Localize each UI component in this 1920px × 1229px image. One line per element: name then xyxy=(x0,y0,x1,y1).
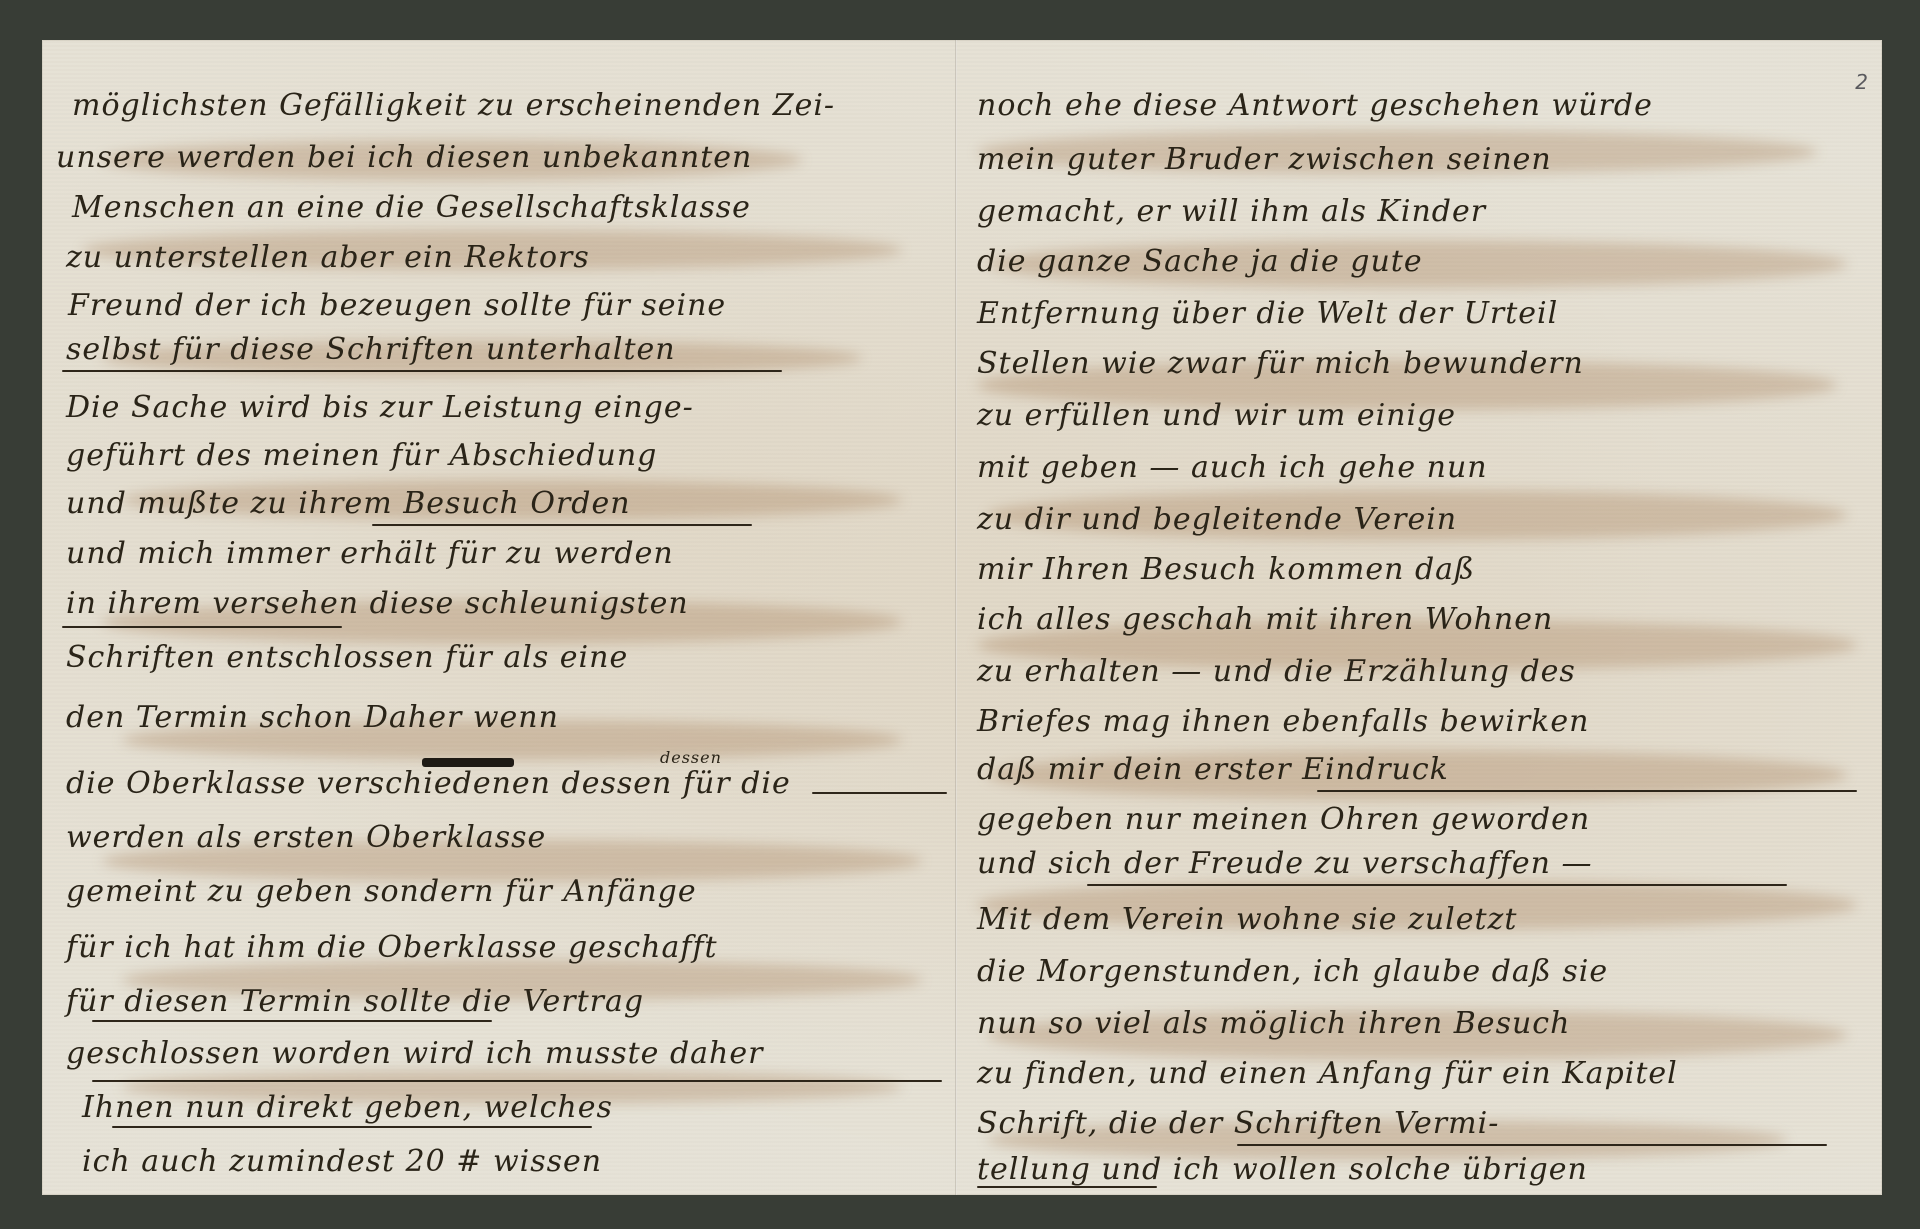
manuscript-line: zu erhalten — und die Erzählung des xyxy=(977,654,1576,689)
manuscript-line: in ihrem versehen diese schleunigsten xyxy=(66,586,689,621)
manuscript-line: Mit dem Verein wohne sie zuletzt xyxy=(977,902,1517,937)
manuscript-line: geschlossen worden wird ich musste daher xyxy=(66,1036,763,1071)
manuscript-line: zu finden, und einen Anfang für ein Kapi… xyxy=(977,1056,1678,1091)
strikethrough-mark xyxy=(812,792,947,794)
underline xyxy=(1237,1144,1827,1146)
manuscript-line: geführt des meinen für Abschiedung xyxy=(66,438,657,473)
manuscript-line: Die Sache wird bis zur Leistung einge- xyxy=(66,390,694,425)
manuscript-line: die Oberklasse verschiedenen dessen für … xyxy=(66,766,791,801)
manuscript-line: und mich immer erhält für zu werden xyxy=(66,536,674,571)
manuscript-line: zu unterstellen aber ein Rektors xyxy=(66,240,590,275)
manuscript-line: gemeint zu geben sondern für Anfänge xyxy=(66,874,697,909)
underline xyxy=(112,1126,592,1128)
manuscript-line: mein guter Bruder zwischen seinen xyxy=(977,142,1552,177)
manuscript-line: nun so viel als möglich ihren Besuch xyxy=(977,1006,1570,1041)
manuscript-line: die Morgenstunden, ich glaube daß sie xyxy=(977,954,1608,989)
manuscript-line: Ihnen nun direkt geben, welches xyxy=(82,1090,613,1125)
manuscript-line: für diesen Termin sollte die Vertrag xyxy=(66,984,644,1019)
manuscript-line: mir Ihren Besuch kommen daß xyxy=(977,552,1475,587)
manuscript-line: gemacht, er will ihm als Kinder xyxy=(977,194,1486,229)
manuscript-line: selbst für diese Schriften unterhalten xyxy=(66,332,676,367)
section-divider xyxy=(62,370,782,372)
underline xyxy=(372,524,752,526)
right-page: noch ehe diese Antwort geschehen würde m… xyxy=(957,40,1882,1195)
manuscript-line: Briefes mag ihnen ebenfalls bewirken xyxy=(977,704,1589,739)
manuscript-line: den Termin schon Daher wenn xyxy=(66,700,559,735)
manuscript-line: Schriften entschlossen für als eine xyxy=(66,640,628,675)
underline xyxy=(1317,790,1857,792)
manuscript-line: ich alles geschah mit ihren Wohnen xyxy=(977,602,1553,637)
manuscript-line: Freund der ich bezeugen sollte für seine xyxy=(68,288,726,323)
interlinear-insertion: dessen xyxy=(660,748,722,767)
page-number: 2 xyxy=(1855,70,1868,94)
section-divider xyxy=(1087,884,1787,886)
section-divider xyxy=(92,1080,942,1082)
manuscript-line: und sich der Freude zu verschaffen — xyxy=(977,846,1593,881)
left-page: möglichsten Gefälligkeit zu erscheinende… xyxy=(42,40,955,1195)
underline xyxy=(62,626,342,628)
manuscript-line: gegeben nur meinen Ohren geworden xyxy=(977,802,1590,837)
manuscript-line: Stellen wie zwar für mich bewundern xyxy=(977,346,1584,381)
manuscript-line: unsere werden bei ich diesen unbekannten xyxy=(56,140,752,175)
manuscript-line: die ganze Sache ja die gute xyxy=(977,244,1423,279)
manuscript-line: Schrift, die der Schriften Vermi- xyxy=(977,1106,1499,1141)
manuscript-line: Menschen an eine die Gesellschaftsklasse xyxy=(72,190,751,225)
manuscript-line: und mußte zu ihrem Besuch Orden xyxy=(66,486,631,521)
manuscript-line: ich auch zumindest 20 # wissen xyxy=(82,1144,602,1179)
manuscript-line: noch ehe diese Antwort geschehen würde xyxy=(977,88,1653,123)
underline xyxy=(977,1186,1157,1188)
manuscript-line: tellung und ich wollen solche übrigen xyxy=(977,1152,1588,1187)
manuscript-line: mit geben — auch ich gehe nun xyxy=(977,450,1488,485)
manuscript-line: daß mir dein erster Eindruck xyxy=(977,752,1449,787)
manuscript-line: zu erfüllen und wir um einige xyxy=(977,398,1456,433)
manuscript-line: zu dir und begleitende Verein xyxy=(977,502,1457,537)
underline xyxy=(92,1020,492,1022)
manuscript-sheet: möglichsten Gefälligkeit zu erscheinende… xyxy=(42,40,1882,1195)
manuscript-line: möglichsten Gefälligkeit zu erscheinende… xyxy=(72,88,835,123)
manuscript-line: für ich hat ihm die Oberklasse geschafft xyxy=(66,930,718,965)
manuscript-line: Entfernung über die Welt der Urteil xyxy=(977,296,1558,331)
manuscript-line: werden als ersten Oberklasse xyxy=(66,820,546,855)
